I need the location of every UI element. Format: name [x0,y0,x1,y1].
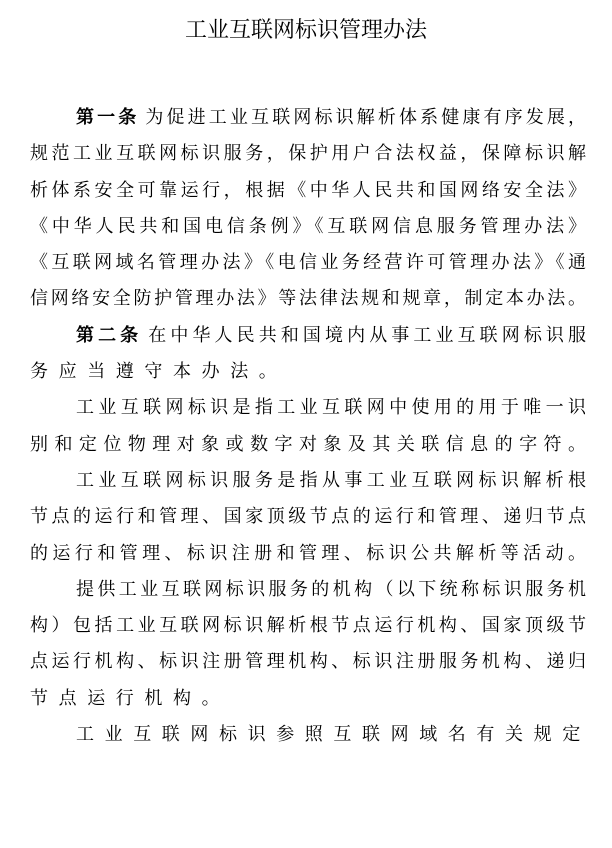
paragraph-line: 信网络安全防护管理办法》等法律法规和规章，制定本办法。 [30,281,586,317]
document-body: 第一条为促进工业互联网标识解析体系健康有序发展， 规范工业互联网标识服务，保护用… [30,100,586,753]
paragraph-line: 《中华人民共和国电信条例》《互联网信息服务管理办法》 [30,209,586,245]
paragraph-domain-reference: 工业互联网标识参照互联网域名有关规定管理。 [30,717,586,753]
paragraph-line: 析体系安全可靠运行，根据《中华人民共和国网络安全法》 [30,173,586,209]
paragraph-line: 工业互联网标识是指工业互联网中使用的用于唯一识 [30,390,586,426]
article-label: 第二条 [76,325,142,346]
paragraph-line: 的运行和管理、标识注册和管理、标识公共解析等活动。 [30,536,586,572]
article-2: 第二条在中华人民共和国境内从事工业互联网标识服 务应当遵守本办法。 [30,318,586,391]
paragraph-line: 节点的运行和管理、国家顶级节点的运行和管理、递归节点 [30,499,586,535]
paragraph-line: 点运行机构、标识注册管理机构、标识注册服务机构、递归 [30,644,586,680]
paragraph-service-institutions: 提供工业互联网标识服务的机构（以下统称标识服务机 构）包括工业互联网标识解析根节… [30,572,586,717]
paragraph-line: 构）包括工业互联网标识解析根节点运行机构、国家顶级节 [30,608,586,644]
paragraph-line: 第一条为促进工业互联网标识解析体系健康有序发展， [30,100,586,136]
paragraph-line: 务应当遵守本办法。 [30,354,586,390]
paragraph-line: 规范工业互联网标识服务，保护用户合法权益，保障标识解 [30,136,586,172]
paragraph-line: 《互联网域名管理办法》《电信业务经营许可管理办法》《通 [30,245,586,281]
article-label: 第一条 [76,107,139,128]
paragraph-service-definition: 工业互联网标识服务是指从事工业互联网标识解析根 节点的运行和管理、国家顶级节点的… [30,463,586,572]
paragraph-line: 工业互联网标识服务是指从事工业互联网标识解析根 [30,463,586,499]
paragraph-identifier-definition: 工业互联网标识是指工业互联网中使用的用于唯一识 别和定位物理对象或数字对象及其关… [30,390,586,463]
document-page: 工业互联网标识管理办法 第一条为促进工业互联网标识解析体系健康有序发展， 规范工… [0,0,612,848]
paragraph-line: 别和定位物理对象或数字对象及其关联信息的字符。 [30,427,586,463]
paragraph-line: 第二条在中华人民共和国境内从事工业互联网标识服 [30,318,586,354]
paragraph-line: 提供工业互联网标识服务的机构（以下统称标识服务机 [30,572,586,608]
document-title: 工业互联网标识管理办法 [0,14,612,48]
paragraph-line: 工业互联网标识参照互联网域名有关规定管理。 [30,717,586,753]
article-1: 第一条为促进工业互联网标识解析体系健康有序发展， 规范工业互联网标识服务，保护用… [30,100,586,318]
paragraph-line: 节点运行机构。 [30,681,586,717]
